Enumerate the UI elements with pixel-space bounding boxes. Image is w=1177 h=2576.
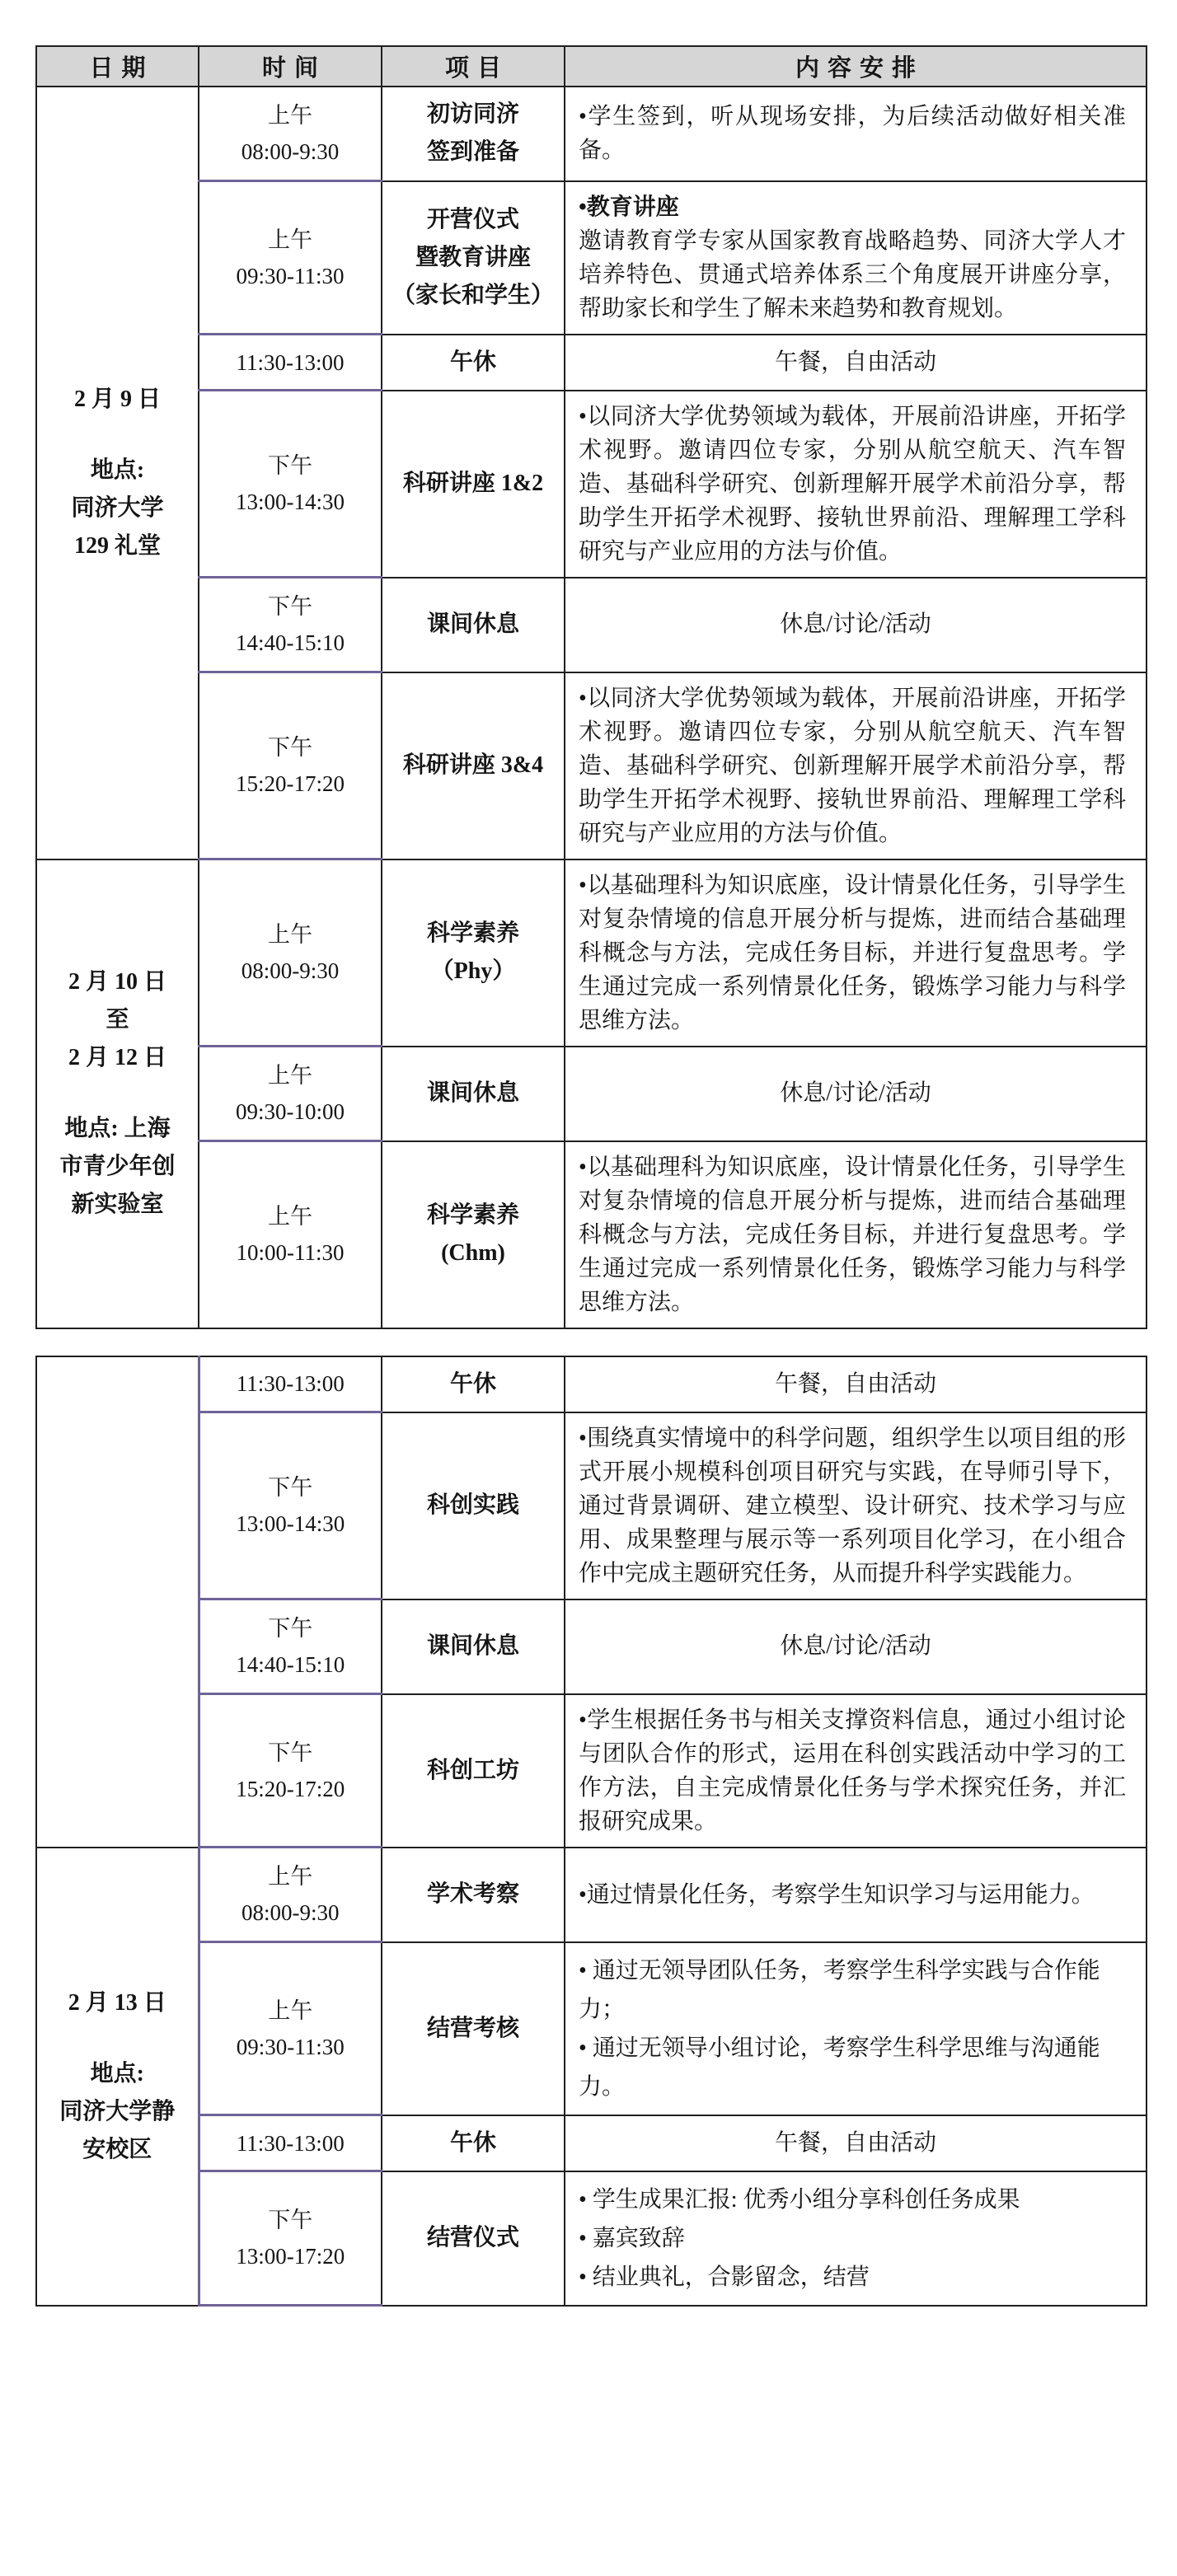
content-text: 午餐，自由活动 xyxy=(574,1366,1137,1403)
schedule-row: 下午14:40-15:10课间休息休息/讨论/活动 xyxy=(36,578,1147,672)
project-cell: 课间休息 xyxy=(382,1599,565,1694)
schedule-document: 日期时间项目内容安排2 月 9 日地点:同济大学129 礼堂上午08:00-9:… xyxy=(0,0,1177,2331)
time-text: 上午 xyxy=(202,1993,380,2029)
time-text: 09:30-11:30 xyxy=(201,258,379,294)
project-cell: 科创实践 xyxy=(382,1412,565,1599)
content-cell: •以同济大学优势领域为载体，开展前沿讲座，开拓学术视野。邀请四位专家，分别从航空… xyxy=(565,391,1147,578)
date-text: 地点: xyxy=(40,2055,195,2093)
time-text: 14:40-15:10 xyxy=(202,1646,380,1683)
content-text: 午餐，自由活动 xyxy=(574,344,1137,381)
time-cell: 11:30-13:00 xyxy=(199,335,382,391)
schedule-row: 2 月 9 日地点:同济大学129 礼堂上午08:00-9:30初访同济签到准备… xyxy=(36,87,1147,181)
date-spacer xyxy=(40,2022,195,2055)
date-text: 至 xyxy=(40,1001,195,1039)
time-text: 13:00-17:20 xyxy=(202,2238,380,2274)
content-text: 休息/讨论/活动 xyxy=(574,1075,1137,1112)
content-text: •通过情景化任务，考察学生知识学习与运用能力。 xyxy=(579,1878,1126,1912)
project-text: 午休 xyxy=(386,2124,560,2162)
time-text: 11:30-13:00 xyxy=(202,2125,380,2161)
content-cell: 休息/讨论/活动 xyxy=(565,1047,1147,1141)
content-text: 休息/讨论/活动 xyxy=(574,1628,1137,1665)
time-text: 下午 xyxy=(202,1735,380,1771)
date-cell: 2 月 13 日地点:同济大学静安校区 xyxy=(36,1848,199,2306)
project-text: 暨教育讲座 xyxy=(386,239,560,277)
time-text: 下午 xyxy=(201,588,379,625)
content-text: • 通过无领导小组讨论，考察学生科学思维与沟通能力。 xyxy=(579,2029,1126,2106)
project-text: 课间休息 xyxy=(386,1075,560,1112)
time-text: 14:40-15:10 xyxy=(201,625,379,661)
project-cell: 课间休息 xyxy=(382,1047,565,1141)
content-cell: 休息/讨论/活动 xyxy=(565,1599,1147,1694)
time-text: 08:00-9:30 xyxy=(202,1895,380,1931)
time-cell: 上午08:00-9:30 xyxy=(199,1848,382,1942)
project-text: 结营仪式 xyxy=(386,2219,560,2257)
project-cell: 午休 xyxy=(382,335,565,391)
project-cell: 开营仪式暨教育讲座（家长和学生） xyxy=(382,181,565,335)
date-text: 市青少年创 xyxy=(40,1148,195,1186)
schedule-row: 下午15:20-17:20科研讲座 3&4•以同济大学优势领域为载体，开展前沿讲… xyxy=(36,672,1147,859)
project-text: 午休 xyxy=(386,344,560,382)
schedule-row: 下午13:00-14:30科创实践•围绕真实情境中的科学问题，组织学生以项目组的… xyxy=(36,1412,1147,1599)
date-cell xyxy=(36,1356,199,1848)
time-text: 下午 xyxy=(201,729,379,766)
content-text: •学生根据任务书与相关支撑资料信息，通过小组讨论与团队合作的形式，运用在科创实践… xyxy=(579,1703,1126,1838)
project-cell: 午休 xyxy=(382,2115,565,2171)
project-text: 课间休息 xyxy=(386,606,560,644)
schedule-row: 下午14:40-15:10课间休息休息/讨论/活动 xyxy=(36,1599,1147,1694)
project-text: 学术考察 xyxy=(386,1876,560,1913)
schedule-row: 2 月 13 日地点:同济大学静安校区上午08:00-9:30学术考察•通过情景… xyxy=(36,1848,1147,1942)
content-cell: •以基础理科为知识底座，设计情景化任务，引导学生对复杂情境的信息开展分析与提炼，… xyxy=(565,859,1147,1047)
content-text: 午餐，自由活动 xyxy=(574,2125,1137,2161)
time-text: 下午 xyxy=(202,2202,380,2238)
column-header-0: 日期 xyxy=(36,46,199,87)
project-cell: 课间休息 xyxy=(382,578,565,672)
date-text: 129 礼堂 xyxy=(40,527,195,565)
date-text: 新实验室 xyxy=(40,1186,195,1224)
time-text: 上午 xyxy=(201,97,379,133)
time-cell: 上午08:00-9:30 xyxy=(199,87,382,181)
time-text: 08:00-9:30 xyxy=(201,133,379,170)
project-text: 科创工坊 xyxy=(386,1752,560,1790)
project-cell: 午休 xyxy=(382,1356,565,1412)
date-text: 地点: 上海 xyxy=(40,1110,195,1148)
time-cell: 下午14:40-15:10 xyxy=(199,1599,382,1694)
content-cell: •教育讲座邀请教育学专家从国家教育战略趋势、同济大学人才培养特色、贯通式培养体系… xyxy=(565,181,1147,335)
content-text: 休息/讨论/活动 xyxy=(574,607,1137,643)
project-cell: 初访同济签到准备 xyxy=(382,87,565,181)
content-text: • 结业典礼，合影留念，结营 xyxy=(579,2258,1126,2297)
time-cell: 下午13:00-17:20 xyxy=(199,2171,382,2306)
schedule-table-day2: 11:30-13:00午休午餐，自由活动下午13:00-14:30科创实践•围绕… xyxy=(35,1356,1147,2307)
project-text: 科学素养 xyxy=(386,915,560,953)
time-text: 上午 xyxy=(201,916,379,953)
time-text: 上午 xyxy=(201,222,379,258)
content-text: • 通过无领导团队任务，考察学生科学实践与合作能力； xyxy=(579,1951,1126,2029)
content-text: • 嘉宾致辞 xyxy=(579,2219,1126,2258)
schedule-row: 上午09:30-10:00课间休息休息/讨论/活动 xyxy=(36,1047,1147,1141)
schedule-table-day1: 日期时间项目内容安排2 月 9 日地点:同济大学129 礼堂上午08:00-9:… xyxy=(35,45,1147,1329)
date-spacer xyxy=(40,1077,195,1110)
schedule-row: 2 月 10 日至2 月 12 日地点: 上海市青少年创新实验室上午08:00-… xyxy=(36,859,1147,1047)
date-cell: 2 月 10 日至2 月 12 日地点: 上海市青少年创新实验室 xyxy=(36,859,199,1328)
date-text: 2 月 10 日 xyxy=(40,963,195,1001)
project-cell: 结营考核 xyxy=(382,1942,565,2115)
header-row: 日期时间项目内容安排 xyxy=(36,46,1147,87)
time-cell: 上午10:00-11:30 xyxy=(199,1141,382,1328)
time-cell: 下午15:20-17:20 xyxy=(199,672,382,859)
content-cell: 午餐，自由活动 xyxy=(565,1356,1147,1412)
time-cell: 下午15:20-17:20 xyxy=(199,1694,382,1848)
time-text: 11:30-13:00 xyxy=(202,1365,380,1402)
time-text: 08:00-9:30 xyxy=(201,953,379,989)
project-text: 初访同济 xyxy=(386,96,560,133)
time-cell: 上午08:00-9:30 xyxy=(199,859,382,1047)
time-cell: 下午14:40-15:10 xyxy=(199,578,382,672)
content-cell: 午餐，自由活动 xyxy=(565,2115,1147,2171)
schedule-row: 下午13:00-14:30科研讲座 1&2•以同济大学优势领域为载体，开展前沿讲… xyxy=(36,391,1147,578)
content-cell: • 学生成果汇报: 优秀小组分享科创任务成果• 嘉宾致辞• 结业典礼，合影留念，… xyxy=(565,2171,1147,2306)
date-text: 同济大学 xyxy=(40,489,195,527)
content-cell: 休息/讨论/活动 xyxy=(565,578,1147,672)
project-cell: 学术考察 xyxy=(382,1848,565,1942)
schedule-row: 11:30-13:00午休午餐，自由活动 xyxy=(36,335,1147,391)
content-cell: •以基础理科为知识底座，设计情景化任务，引导学生对复杂情境的信息开展分析与提炼，… xyxy=(565,1141,1147,1328)
content-cell: •学生签到，听从现场安排，为后续活动做好相关准备。 xyxy=(565,87,1147,181)
time-text: 13:00-14:30 xyxy=(201,484,379,520)
time-cell: 上午09:30-11:30 xyxy=(199,1942,382,2115)
project-text: （家长和学生） xyxy=(386,277,560,315)
time-text: 10:00-11:30 xyxy=(201,1234,379,1271)
schedule-row: 11:30-13:00午休午餐，自由活动 xyxy=(36,1356,1147,1412)
time-text: 上午 xyxy=(202,1858,380,1895)
schedule-row: 上午10:00-11:30科学素养(Chm)•以基础理科为知识底座，设计情景化任… xyxy=(36,1141,1147,1328)
project-cell: 科研讲座 3&4 xyxy=(382,672,565,859)
content-text: •围绕真实情境中的科学问题，组织学生以项目组的形式开展小规模科创项目研究与实践，… xyxy=(579,1421,1126,1590)
time-cell: 下午13:00-14:30 xyxy=(199,391,382,578)
content-text: •以同济大学优势领域为载体，开展前沿讲座，开拓学术视野。邀请四位专家，分别从航空… xyxy=(579,400,1126,569)
content-cell: • 通过无领导团队任务，考察学生科学实践与合作能力；• 通过无领导小组讨论，考察… xyxy=(565,1942,1147,2115)
project-text: 课间休息 xyxy=(386,1628,560,1665)
time-text: 09:30-11:30 xyxy=(202,2029,380,2065)
time-text: 下午 xyxy=(202,1610,380,1646)
project-cell: 结营仪式 xyxy=(382,2171,565,2306)
content-text: •以基础理科为知识底座，设计情景化任务，引导学生对复杂情境的信息开展分析与提炼，… xyxy=(579,1150,1126,1319)
schedule-row: 11:30-13:00午休午餐，自由活动 xyxy=(36,2115,1147,2171)
time-text: 09:30-10:00 xyxy=(201,1094,379,1130)
date-spacer xyxy=(40,419,195,452)
date-text: 地点: xyxy=(40,452,195,489)
content-cell: •学生根据任务书与相关支撑资料信息，通过小组讨论与团队合作的形式，运用在科创实践… xyxy=(565,1694,1147,1848)
schedule-row: 上午09:30-11:30结营考核• 通过无领导团队任务，考察学生科学实践与合作… xyxy=(36,1942,1147,2115)
date-text: 安校区 xyxy=(40,2131,195,2169)
project-text: 开营仪式 xyxy=(386,201,560,239)
time-cell: 上午09:30-10:00 xyxy=(199,1047,382,1141)
project-text: 科创实践 xyxy=(386,1487,560,1525)
project-text: (Chm) xyxy=(386,1234,560,1272)
project-text: 午休 xyxy=(386,1365,560,1403)
project-cell: 科创工坊 xyxy=(382,1694,565,1848)
date-text: 同济大学静 xyxy=(40,2093,195,2131)
content-text: •教育讲座 xyxy=(579,190,1126,224)
time-text: 15:20-17:20 xyxy=(201,766,379,802)
project-text: 科研讲座 1&2 xyxy=(386,465,560,503)
project-cell: 科学素养（Phy） xyxy=(382,859,565,1047)
content-text: • 学生成果汇报: 优秀小组分享科创任务成果 xyxy=(579,2180,1126,2219)
table-gap xyxy=(35,1329,1146,1356)
date-text: 2 月 12 日 xyxy=(40,1039,195,1077)
column-header-3: 内容安排 xyxy=(565,46,1147,87)
time-text: 11:30-13:00 xyxy=(201,344,379,381)
project-text: 结营考核 xyxy=(386,2010,560,2048)
time-cell: 11:30-13:00 xyxy=(199,1356,382,1412)
schedule-row: 上午09:30-11:30开营仪式暨教育讲座（家长和学生）•教育讲座邀请教育学专… xyxy=(36,181,1147,335)
time-text: 15:20-17:20 xyxy=(202,1771,380,1807)
content-text: •学生签到，听从现场安排，为后续活动做好相关准备。 xyxy=(579,100,1126,167)
time-cell: 上午09:30-11:30 xyxy=(199,181,382,335)
content-text: •以基础理科为知识底座，设计情景化任务，引导学生对复杂情境的信息开展分析与提炼，… xyxy=(579,869,1126,1037)
content-cell: •通过情景化任务，考察学生知识学习与运用能力。 xyxy=(565,1848,1147,1942)
project-cell: 科研讲座 1&2 xyxy=(382,391,565,578)
content-text: •以同济大学优势领域为载体，开展前沿讲座，开拓学术视野。邀请四位专家，分别从航空… xyxy=(579,681,1126,850)
date-text: 2 月 13 日 xyxy=(40,1984,195,2022)
column-header-2: 项目 xyxy=(382,46,565,87)
time-text: 下午 xyxy=(202,1469,380,1506)
content-cell: •围绕真实情境中的科学问题，组织学生以项目组的形式开展小规模科创项目研究与实践，… xyxy=(565,1412,1147,1599)
content-cell: •以同济大学优势领域为载体，开展前沿讲座，开拓学术视野。邀请四位专家，分别从航空… xyxy=(565,672,1147,859)
time-text: 下午 xyxy=(201,447,379,484)
project-text: 科学素养 xyxy=(386,1197,560,1234)
time-text: 上午 xyxy=(201,1057,379,1094)
project-text: （Phy） xyxy=(386,953,560,991)
time-cell: 11:30-13:00 xyxy=(199,2115,382,2171)
schedule-row: 下午13:00-17:20结营仪式• 学生成果汇报: 优秀小组分享科创任务成果•… xyxy=(36,2171,1147,2306)
content-text: 邀请教育学专家从国家教育战略趋势、同济大学人才培养特色、贯通式培养体系三个角度展… xyxy=(579,224,1126,326)
time-text: 13:00-14:30 xyxy=(202,1506,380,1542)
time-text: 上午 xyxy=(201,1198,379,1234)
schedule-row: 下午15:20-17:20科创工坊•学生根据任务书与相关支撑资料信息，通过小组讨… xyxy=(36,1694,1147,1848)
column-header-1: 时间 xyxy=(199,46,382,87)
project-cell: 科学素养(Chm) xyxy=(382,1141,565,1328)
date-cell: 2 月 9 日地点:同济大学129 礼堂 xyxy=(36,87,199,859)
project-text: 签到准备 xyxy=(386,133,560,171)
time-cell: 下午13:00-14:30 xyxy=(199,1412,382,1599)
content-cell: 午餐，自由活动 xyxy=(565,335,1147,391)
date-text: 2 月 9 日 xyxy=(40,381,195,419)
project-text: 科研讲座 3&4 xyxy=(386,747,560,785)
